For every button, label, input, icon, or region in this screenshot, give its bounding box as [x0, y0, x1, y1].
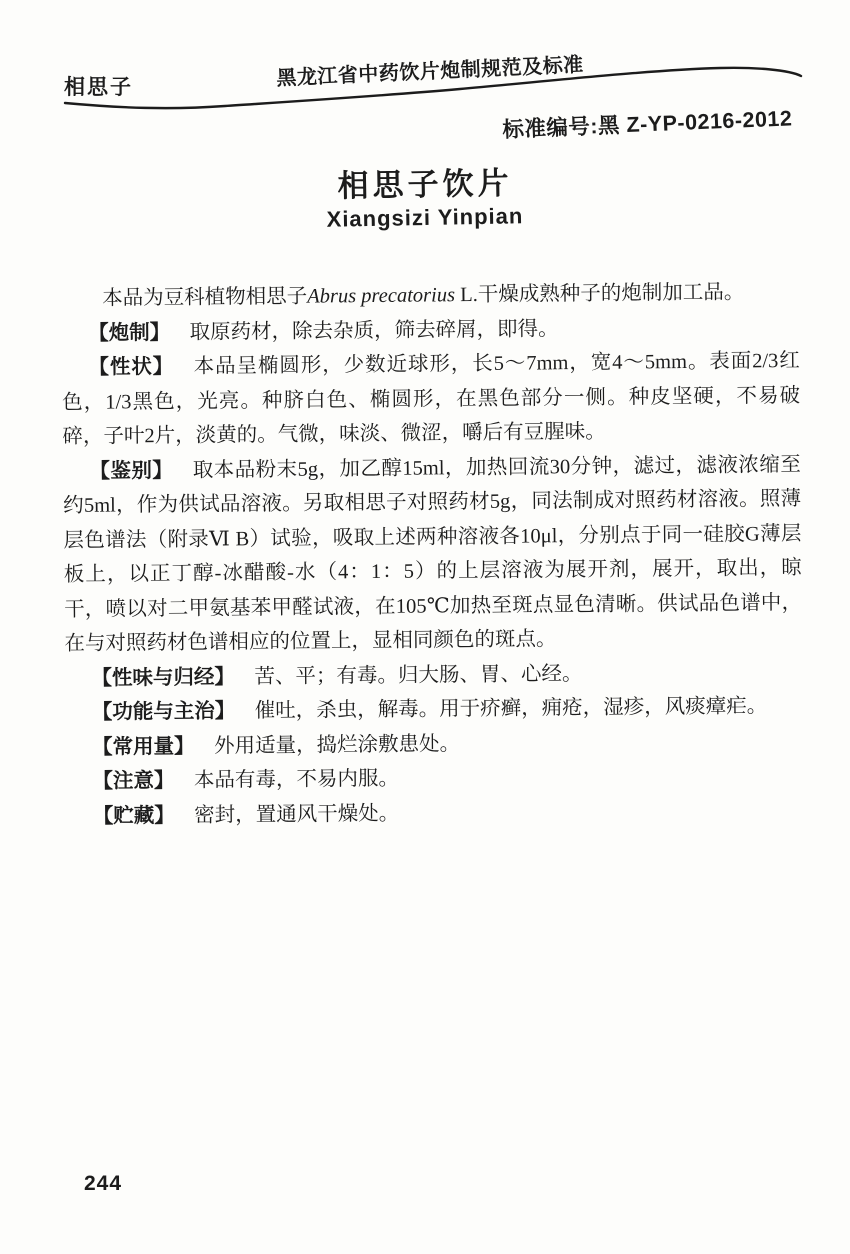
- section-label: 【常用量】: [92, 734, 195, 758]
- standard-number: 标准编号:黑 Z-YP-0216-2012: [502, 101, 793, 144]
- section-label: 【鉴别】: [89, 458, 173, 482]
- section-text: 外用适量，捣烂涂敷患处。: [214, 733, 460, 757]
- section-label: 【性状】: [88, 355, 174, 379]
- section-label: 【功能与主治】: [92, 699, 236, 723]
- intro-text-pre: 本品为豆科植物相思子: [102, 286, 307, 310]
- section-text: 密封，置通风干燥处。: [194, 802, 399, 826]
- section-label: 【注意】: [92, 769, 174, 793]
- page-number: 244: [84, 1172, 122, 1196]
- section-text: 催吐，杀虫，解毒。用于疥癣，痈疮，湿疹，风痰瘴疟。: [255, 695, 768, 722]
- intro-text-post: 干燥成熟种子的炮制加工品。: [478, 281, 745, 306]
- section-xingzhuang: 【性状】本品呈椭圆形，少数近球形，长5～7mm，宽4～5mm。表面2/3红色，1…: [62, 344, 801, 455]
- intro-paragraph: 本品为豆科植物相思子Abrus precatorius L.干燥成熟种子的炮制加…: [61, 275, 799, 317]
- section-text: 取原药材，除去杂质，筛去碎屑，即得。: [189, 318, 558, 344]
- section-label: 【性味与归经】: [91, 665, 235, 689]
- latin-authority: L.: [455, 284, 478, 306]
- running-head-book-title: 黑龙江省中药饮片炮制规范及标准: [276, 48, 584, 91]
- section-zhucang: 【贮藏】密封，置通风干燥处。: [66, 792, 804, 834]
- latin-binomial: Abrus precatorius: [307, 284, 455, 307]
- document-body: 本品为豆科植物相思子Abrus precatorius L.干燥成熟种子的炮制加…: [61, 275, 804, 834]
- section-gongneng-zhuzhi: 【功能与主治】催吐，杀虫，解毒。用于疥癣，痈疮，湿疹，风痰瘴疟。: [65, 689, 803, 731]
- section-text: 本品有毒，不易内服。: [194, 768, 399, 792]
- document-page: 相思子 黑龙江省中药饮片炮制规范及标准 标准编号:黑 Z-YP-0216-201…: [0, 0, 850, 1254]
- running-head-drug-name: 相思子: [64, 71, 133, 101]
- section-label: 【贮藏】: [93, 803, 175, 827]
- section-jianbie: 【鉴别】取本品粉末5g，加乙醇15ml，加热回流30分钟，滤过，滤液浓缩至约5m…: [63, 447, 803, 661]
- section-text: 取本品粉末5g，加乙醇15ml，加热回流30分钟，滤过，滤液浓缩至约5ml，作为…: [63, 453, 802, 655]
- section-label: 【炮制】: [88, 320, 170, 344]
- section-text: 苦、平；有毒。归大肠、胃、心经。: [254, 663, 582, 688]
